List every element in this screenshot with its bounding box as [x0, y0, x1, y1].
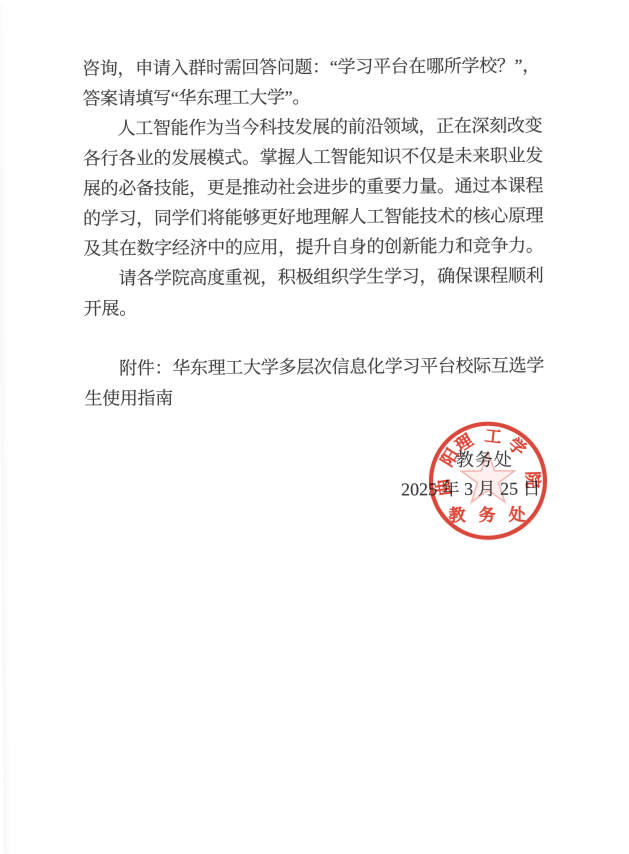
- text-line: 人工智能作为当今科技发展的前沿领域，正在深刻改变: [82, 110, 564, 143]
- body-text: 咨询，申请入群时需回答问题：“学习平台在哪所学校？”， 答案请填写“华东理工大学…: [82, 50, 567, 413]
- star-icon: [460, 451, 516, 505]
- official-seal: 曲 阳 理 工 学 院 教务处: [429, 421, 548, 540]
- scan-edge-artifact: [0, 2, 12, 852]
- seal-ring-char: 曲: [434, 477, 454, 497]
- text-line: 答案请填写“华东理工大学”。: [82, 80, 564, 113]
- text-line: 咨询，申请入群时需回答问题：“学习平台在哪所学校？”，: [82, 50, 564, 83]
- text-line: 开展。: [84, 290, 566, 323]
- attachment-line: 生使用指南: [84, 380, 566, 413]
- attachment-line: 附件：华东理工大学多层次信息化学习平台校际互选学: [84, 350, 566, 383]
- text-line: 的学习，同学们将能够更好地理解人工智能技术的核心原理: [83, 200, 565, 233]
- text-line: 请各学院高度重视，积极组织学生学习，确保课程顺利: [83, 260, 565, 293]
- text-line: 及其在数字经济中的应用，提升自身的创新能力和竞争力。: [83, 230, 565, 263]
- text-line: 展的必备技能，更是推动社会进步的重要力量。通过本课程: [83, 170, 565, 203]
- seal-ring-char: 工: [483, 427, 503, 447]
- seal-ring-char: 院: [523, 471, 541, 489]
- text-line: 各行各业的发展模式。掌握人工智能知识不仅是未来职业发: [83, 140, 565, 173]
- seal-department-label: 教务处: [449, 500, 539, 526]
- document-page: 咨询，申请入群时需回答问题：“学习平台在哪所学校？”， 答案请填写“华东理工大学…: [0, 0, 629, 852]
